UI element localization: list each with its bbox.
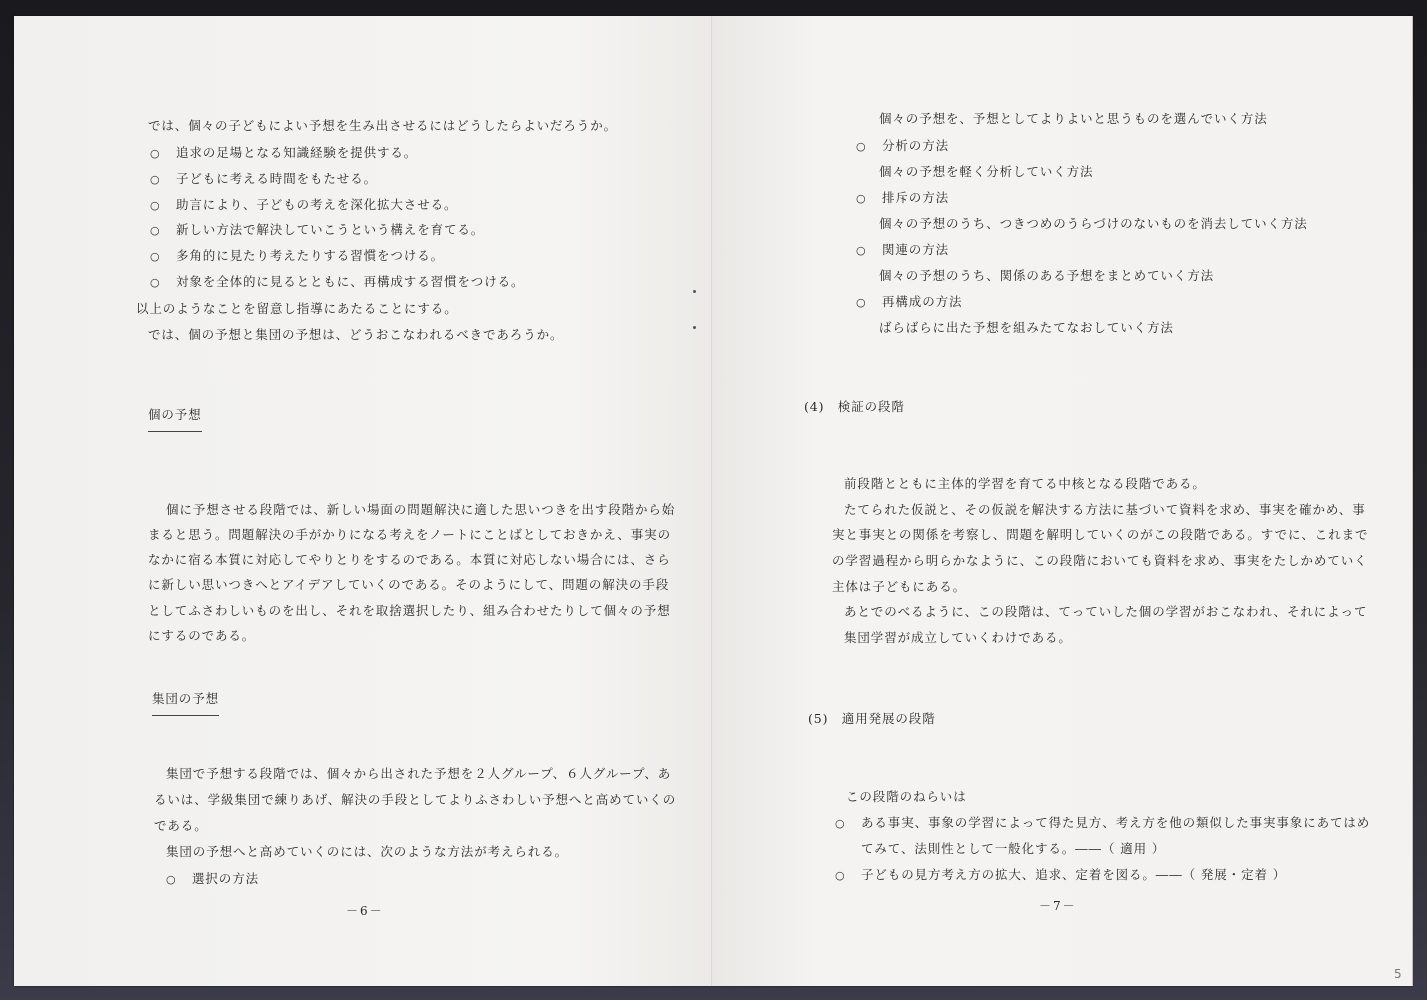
method-desc: 個々の予想のうち、つきつめのうらづけのないものを消去していく方法 [879, 218, 1308, 231]
page-number: －7－ [1039, 900, 1077, 912]
intro-question: では、個々の子どもによい予想を生み出させるにはどうしたらよいだろうか。 [148, 120, 617, 133]
staple-hole [693, 290, 696, 293]
bullet-item: ○追求の足場となる知識経験を提供する。 [150, 147, 417, 160]
method-desc: 個々の予想を、予想としてよりよいと思うものを選んでいく方法 [879, 113, 1268, 126]
paragraph-line: 集団の予想へと高めていくのには、次のような方法が考えられる。 [166, 846, 568, 859]
bullet-item: ○選択の方法 [166, 873, 259, 886]
paragraph-line: 集団で予想する段階では、個々から出された予想を２人グループ、６人グループ、あ [166, 768, 671, 781]
bullet-circle-icon: ○ [166, 874, 192, 885]
paragraph-line: の学習過程から明らかなように、この段階においても資料を求め、事実をたしかめていく [832, 555, 1368, 568]
paragraph-line: なかに宿る本質に対応してやりとりをするのである。本質に対応しない場合には、さら [148, 554, 671, 567]
bullet-continuation: てみて、法則性として一般化する。――（ 適用 ） [861, 843, 1165, 856]
method-item: ○分析の方法 [856, 140, 949, 153]
paragraph-line: 個に予想させる段階では、新しい場面の問題解決に適した思いつきを出す段階から始 [166, 504, 675, 517]
bullet-circle-icon: ○ [835, 818, 861, 829]
open-booklet: では、個々の子どもによい予想を生み出させるにはどうしたらよいだろうか。 ○追求の… [14, 16, 1412, 986]
method-item: ○再構成の方法 [856, 296, 962, 309]
method-desc: 個々の予想を軽く分析していく方法 [879, 166, 1093, 179]
bullet-circle-icon: ○ [856, 297, 882, 308]
section-heading-4: (4) 検証の段階 [804, 401, 905, 414]
heading-individual: 個の予想 [148, 409, 202, 432]
paragraph-line: 主体は子どもにある。 [832, 581, 966, 594]
corner-mark: 5 [1394, 967, 1402, 981]
bullet-circle-icon: ○ [835, 870, 861, 881]
bullet-circle-icon: ○ [150, 225, 176, 236]
staple-hole [693, 326, 696, 329]
bullet-circle-icon: ○ [856, 193, 882, 204]
bullet-circle-icon: ○ [150, 200, 176, 211]
bullet-circle-icon: ○ [150, 277, 176, 288]
bullet-circle-icon: ○ [150, 148, 176, 159]
method-desc: ばらばらに出た予想を組みたてなおしていく方法 [879, 322, 1174, 335]
left-page: では、個々の子どもによい予想を生み出させるにはどうしたらよいだろうか。 ○追求の… [14, 16, 712, 986]
section-heading-5: (5) 適用発展の段階 [808, 713, 936, 726]
question-text: では、個の予想と集団の予想は、どうおこなわれるべきであろうか。 [148, 329, 563, 342]
paragraph-line: にするのである。 [148, 630, 255, 643]
bullet-circle-icon: ○ [150, 251, 176, 262]
bullet-item: ○多角的に見たり考えたりする習慣をつける。 [150, 250, 444, 263]
paragraph-line: まると思う。問題解決の手がかりになる考えをノートにことばとしておきかえ、事実の [148, 529, 671, 542]
bullet-item: ○新しい方法で解決していこうという構えを育てる。 [150, 224, 484, 237]
bullet-item: ○子どもに考える時間をもたせる。 [150, 173, 377, 186]
bullet-circle-icon: ○ [150, 174, 176, 185]
method-item: ○関連の方法 [856, 244, 949, 257]
paragraph-line: としてふさわしいものを出し、それを取捨選択したり、組み合わせたりして個々の予想 [148, 605, 671, 618]
bullet-circle-icon: ○ [856, 141, 882, 152]
summary-text: 以上のようなことを留意し指導にあたることにする。 [136, 303, 458, 316]
paragraph-line: たてられた仮説と、その仮説を解決する方法に基づいて資料を求め、事実を確かめ、事 [844, 504, 1366, 517]
right-page: 個々の予想を、予想としてよりよいと思うものを選んでいく方法 ○分析の方法 個々の… [712, 16, 1413, 986]
bullet-item: ○子どもの見方考え方の拡大、追求、定着を図る。――（ 発展・定着 ） [835, 869, 1286, 882]
paragraph-line: るいは、学級集団で練りあげ、解決の手段としてよりふさわしい予想へと高めていくの [154, 794, 676, 807]
paragraph-line: あとでのべるように、この段階は、てっていした個の学習がおこなわれ、それによって [844, 606, 1367, 619]
bullet-item: ○対象を全体的に見るとともに、再構成する習慣をつける。 [150, 276, 524, 289]
heading-group: 集団の予想 [152, 693, 219, 716]
paragraph-line: 実と事実との関係を考察し、問題を解明していくのがこの段階である。すでに、これまで [832, 529, 1368, 542]
method-item: ○排斥の方法 [856, 192, 949, 205]
bullet-item: ○助言により、子どもの考えを深化拡大させる。 [150, 199, 457, 212]
paragraph-line: に新しい思いつきへとアイデアしていくのである。そのようにして、問題の解決の手段 [148, 579, 669, 592]
paragraph-line: 前段階とともに主体的学習を育てる中核となる段階である。 [844, 478, 1206, 491]
paragraph-line: 集団学習が成立していくわけである。 [844, 632, 1072, 645]
method-desc: 個々の予想のうち、関係のある予想をまとめていく方法 [879, 270, 1214, 283]
section-intro: この段階のねらいは [846, 791, 967, 804]
page-number: －6－ [346, 905, 384, 917]
bullet-circle-icon: ○ [856, 245, 882, 256]
bullet-item: ○ある事実、事象の学習によって得た見方、考え方を他の類似した事実事象にあてはめ [835, 817, 1370, 830]
paragraph-line: である。 [154, 820, 208, 833]
